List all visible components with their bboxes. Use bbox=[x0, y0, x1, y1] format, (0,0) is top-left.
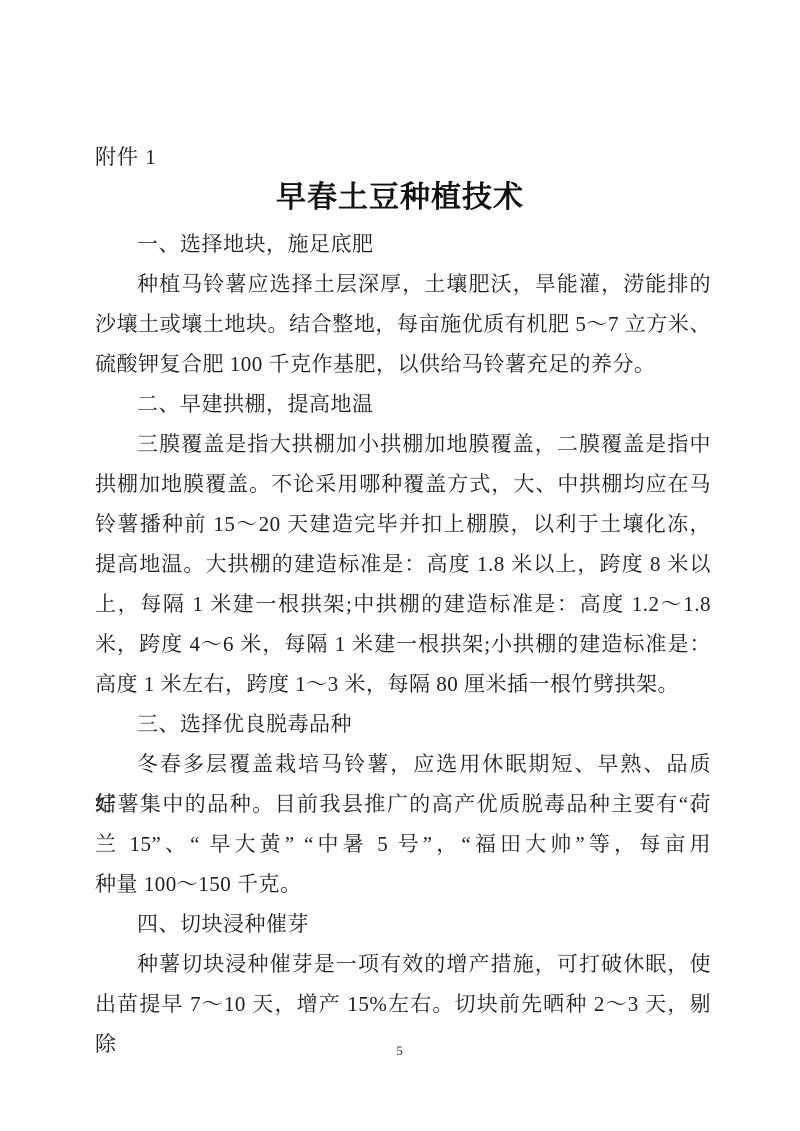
section-heading-3: 三、选择优良脱毒品种 bbox=[95, 704, 711, 744]
body-line: 种薯切块浸种催芽是一项有效的增产措施，可打破休眠，使 bbox=[95, 944, 711, 984]
body-line: 兰 15”、“ 早大黄” “中暑 5 号”，“福田大帅”等，每亩用 bbox=[95, 824, 711, 864]
body-line: 出苗提早 7～10 天，增产 15%左右。切块前先晒种 2～3 天，剔除 bbox=[95, 984, 711, 1024]
body-line: 沙壤土或壤土地块。结合整地，每亩施优质有机肥 5～7 立方米、 bbox=[95, 304, 711, 344]
body-line: 高度 1 米左右，跨度 1～3 米，每隔 80 厘米插一根竹劈拱架。 bbox=[95, 664, 711, 704]
attachment-label: 附件 1 bbox=[95, 144, 157, 170]
body-line: 拱棚加地膜覆盖。不论采用哪种覆盖方式，大、中拱棚均应在马 bbox=[95, 464, 711, 504]
document-title: 早春土豆种植技术 bbox=[0, 179, 800, 217]
section-heading-4: 四、切块浸种催芽 bbox=[95, 904, 711, 944]
section-heading-1: 一、选择地块，施足底肥 bbox=[95, 224, 711, 264]
body-line: 结薯集中的品种。目前我县推广的高产优质脱毒品种主要有“荷 bbox=[95, 784, 711, 824]
body-line: 种量 100～150 千克。 bbox=[95, 864, 711, 904]
body-line: 米，跨度 4～6 米，每隔 1 米建一根拱架;小拱棚的建造标准是： bbox=[95, 624, 711, 664]
body-line: 冬春多层覆盖栽培马铃薯，应选用休眠期短、早熟、品质好、 bbox=[95, 744, 711, 784]
body-line: 种植马铃薯应选择土层深厚，土壤肥沃，旱能灌，涝能排的 bbox=[95, 264, 711, 304]
document-body: 一、选择地块，施足底肥 种植马铃薯应选择土层深厚，土壤肥沃，旱能灌，涝能排的 沙… bbox=[95, 224, 711, 1024]
page-number: 5 bbox=[0, 1043, 800, 1059]
body-line: 上，每隔 1 米建一根拱架;中拱棚的建造标准是：高度 1.2～1.8 bbox=[95, 584, 711, 624]
body-line: 提高地温。大拱棚的建造标准是：高度 1.8 米以上，跨度 8 米以 bbox=[95, 544, 711, 584]
body-line: 铃薯播种前 15～20 天建造完毕并扣上棚膜，以利于土壤化冻， bbox=[95, 504, 711, 544]
body-line: 硫酸钾复合肥 100 千克作基肥，以供给马铃薯充足的养分。 bbox=[95, 344, 711, 384]
section-heading-2: 二、早建拱棚，提高地温 bbox=[95, 384, 711, 424]
document-page: 附件 1 早春土豆种植技术 一、选择地块，施足底肥 种植马铃薯应选择土层深厚，土… bbox=[0, 0, 800, 1131]
body-line: 三膜覆盖是指大拱棚加小拱棚加地膜覆盖，二膜覆盖是指中 bbox=[95, 424, 711, 464]
